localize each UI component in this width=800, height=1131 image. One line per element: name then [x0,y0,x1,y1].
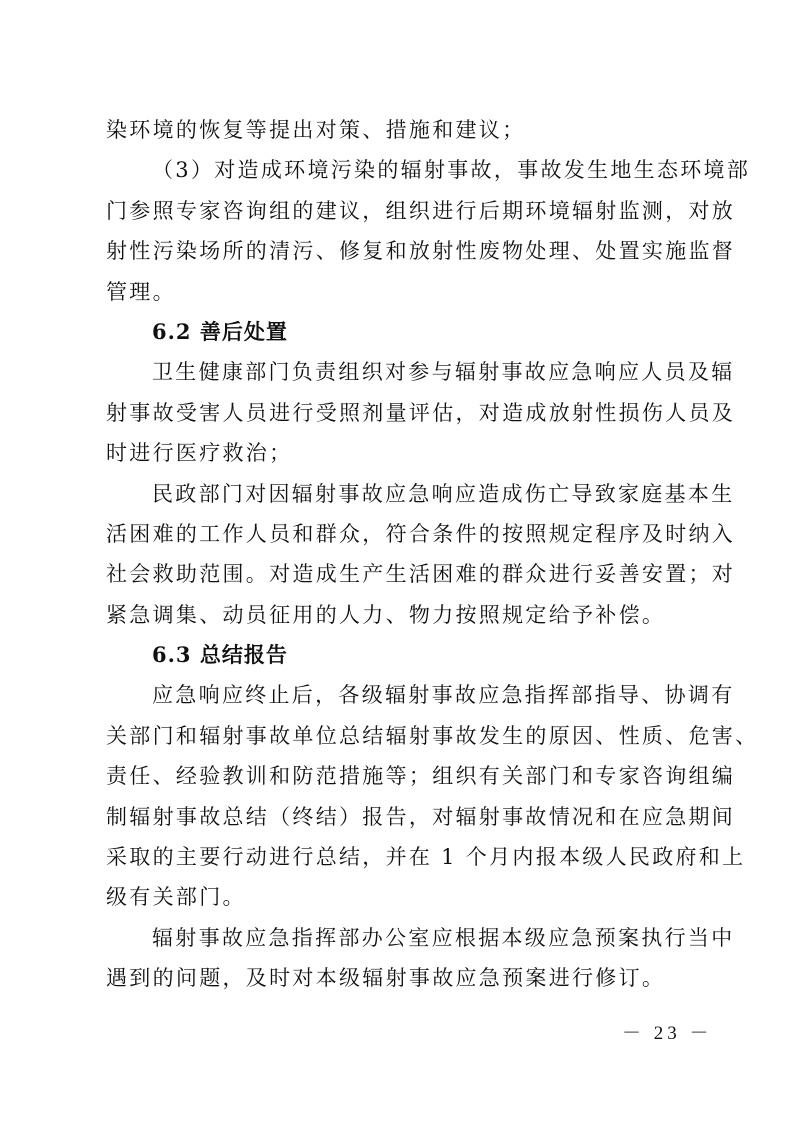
paragraph-line: 管理。 [106,272,694,312]
paragraph-line: 染环境的恢复等提出对策、措施和建议； [106,110,694,150]
paragraph-line: （3）对造成环境污染的辐射事故，事故发生地生态环境部 [106,150,694,190]
paragraph-line: 遇到的问题，及时对本级辐射事故应急预案进行修订。 [106,958,694,998]
paragraph-line: 采取的主要行动进行总结，并在 1 个月内报本级人民政府和上 [106,837,694,877]
paragraph-line: 时进行医疗救治； [106,433,694,473]
paragraph-line: 紧急调集、动员征用的人力、物力按照规定给予补偿。 [106,595,694,635]
paragraph-line: 活困难的工作人员和群众，符合条件的按照规定程序及时纳入 [106,514,694,554]
paragraph-line: 社会救助范围。对造成生产生活困难的群众进行妥善安置；对 [106,554,694,594]
paragraph-line: 门参照专家咨询组的建议，组织进行后期环境辐射监测，对放 [106,191,694,231]
body-text: 染环境的恢复等提出对策、措施和建议； （3）对造成环境污染的辐射事故，事故发生地… [106,110,694,999]
paragraph-line: 应急响应终止后，各级辐射事故应急指挥部指导、协调有 [106,675,694,715]
paragraph-line: 民政部门对因辐射事故应急响应造成伤亡导致家庭基本生 [106,474,694,514]
paragraph-line: 卫生健康部门负责组织对参与辐射事故应急响应人员及辐 [106,352,694,392]
page-number: － 23 － [622,1018,713,1045]
paragraph-line: 射性污染场所的清污、修复和放射性废物处理、处置实施监督 [106,231,694,271]
paragraph-line: 责任、经验教训和防范措施等；组织有关部门和专家咨询组编 [106,756,694,796]
paragraph-line: 级有关部门。 [106,877,694,917]
document-page: 染环境的恢复等提出对策、措施和建议； （3）对造成环境污染的辐射事故，事故发生地… [0,0,800,1131]
section-heading-6-3: 6.3 总结报告 [106,635,694,675]
paragraph-line: 关部门和辐射事故单位总结辐射事故发生的原因、性质、危害、 [106,716,694,756]
paragraph-line: 射事故受害人员进行受照剂量评估，对造成放射性损伤人员及 [106,393,694,433]
paragraph-line: 辐射事故应急指挥部办公室应根据本级应急预案执行当中 [106,918,694,958]
section-heading-6-2: 6.2 善后处置 [106,312,694,352]
paragraph-line: 制辐射事故总结（终结）报告，对辐射事故情况和在应急期间 [106,797,694,837]
